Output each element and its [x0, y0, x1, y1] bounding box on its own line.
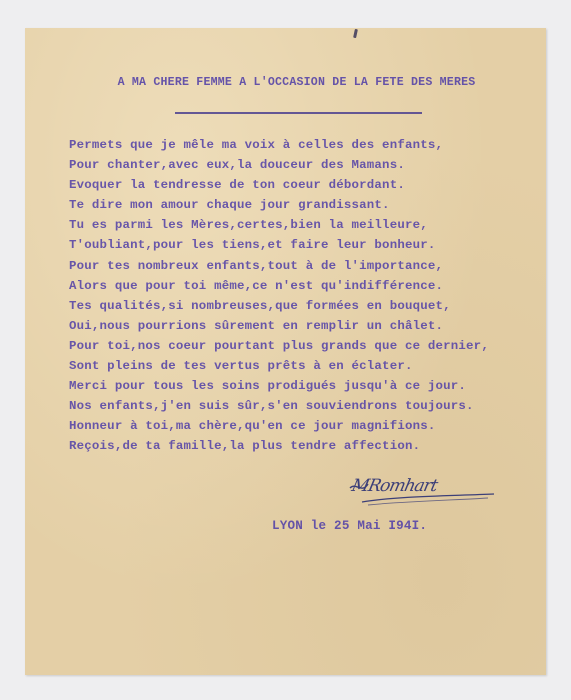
poem-line: Evoquer la tendresse de ton coeur débord…: [69, 175, 489, 195]
poem-line: Tes qualités,si nombreuses,que formées e…: [69, 296, 489, 316]
poem-line: Tu es parmi les Mères,certes,bien la mei…: [69, 215, 489, 235]
scan-background: A MA CHERE FEMME A L'OCCASION DE LA FETE…: [0, 0, 571, 700]
poem-line: Reçois,de ta famille,la plus tendre affe…: [69, 436, 489, 456]
poem-line: Pour toi,nos coeur pourtant plus grands …: [69, 336, 489, 356]
poem-line: Permets que je mêle ma voix à celles des…: [69, 135, 489, 155]
signature-flourish-icon: [348, 474, 498, 508]
poem-line: Honneur à toi,ma chère,qu'en ce jour mag…: [69, 416, 489, 436]
poem-line: Merci pour tous les soins prodigués jusq…: [69, 376, 489, 396]
poem-line: Oui,nous pourrions sûrement en remplir u…: [69, 316, 489, 336]
poem-line: Sont pleins de tes vertus prêts à en écl…: [69, 356, 489, 376]
poem-line: Nos enfants,j'en suis sûr,s'en souviendr…: [69, 396, 489, 416]
poem-line: T'oubliant,pour les tiens,et faire leur …: [69, 235, 489, 255]
poem-line: Pour tes nombreux enfants,tout à de l'im…: [69, 256, 489, 276]
place-and-date: LYON le 25 Mai I94I.: [272, 519, 427, 533]
handwritten-signature: MRomhart: [348, 474, 498, 508]
poem-line: Pour chanter,avec eux,la douceur des Mam…: [69, 155, 489, 175]
poem-line: Te dire mon amour chaque jour grandissan…: [69, 195, 489, 215]
poem-line: Alors que pour toi même,ce n'est qu'indi…: [69, 276, 489, 296]
poem-title: A MA CHERE FEMME A L'OCCASION DE LA FETE…: [0, 76, 571, 89]
title-underline: [175, 112, 422, 114]
poem-body: Permets que je mêle ma voix à celles des…: [69, 135, 489, 457]
